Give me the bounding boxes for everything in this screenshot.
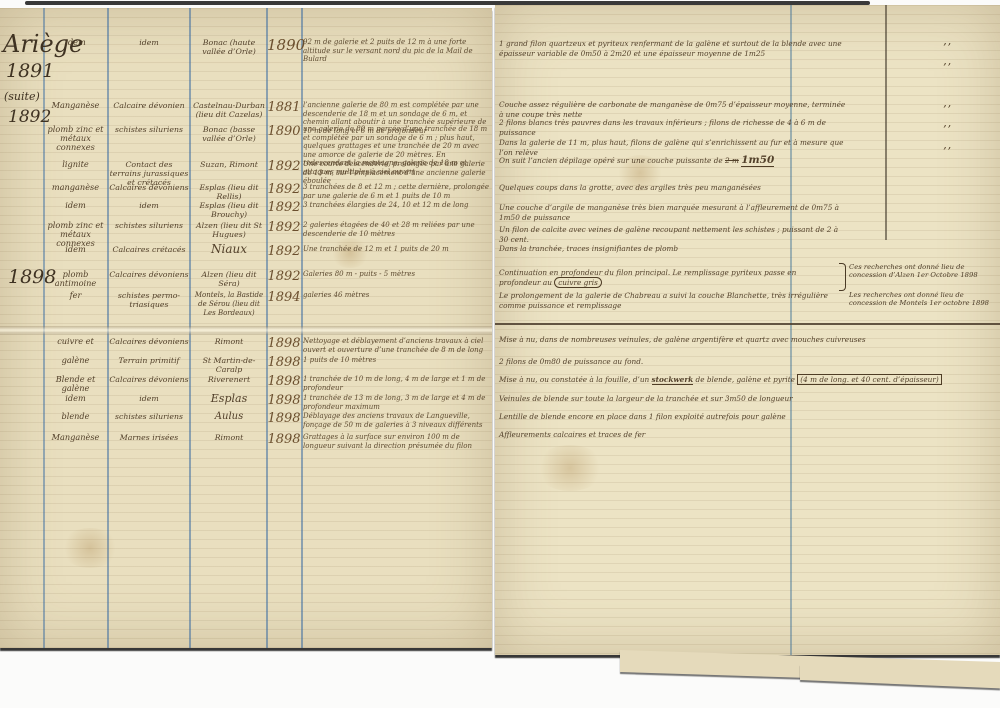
observation-text: 2 filons de 0m80 de puissance au fond. [499, 357, 643, 366]
row-date: 1898 [267, 394, 301, 407]
row-works: 1 tranchée de 10 m de long, 4 m de large… [303, 375, 489, 392]
row-substance: blende [44, 412, 107, 421]
ditto-mark: ’’ [943, 41, 952, 54]
observation-text: Lentille de blende encore en place dans … [499, 412, 786, 421]
observation-line: 2 filons de 0m80 de puissance au fond. [499, 357, 846, 367]
row-commune: Bonac (haute vallée d’Orle) [191, 38, 267, 56]
row-substance: idem [44, 245, 107, 254]
row-works: 3 tranchées élargies de 24, 10 et 12 m d… [303, 201, 489, 210]
fold-crease [0, 326, 492, 335]
row-commune: Suzan, Rimont [191, 160, 267, 169]
row-terrain: schistes siluriens [109, 412, 189, 421]
row-works: Une courte descenderie, prolongée par un… [303, 160, 489, 186]
row-commune: Bonac (basse vallée d’Orle) [191, 125, 267, 143]
row-works: galeries 46 mètres [303, 291, 489, 300]
row-terrain: Calcaires dévoniens [109, 337, 189, 346]
suite-label: (suite) [4, 90, 40, 103]
row-terrain: idem [109, 38, 189, 47]
row-date: 1898 [267, 356, 301, 369]
observation-text: Le prolongement de la galerie de Chabrea… [499, 291, 828, 310]
observation-line: On suit l’ancien dépilage opéré sur une … [499, 156, 846, 166]
row-substance: lignite [44, 160, 107, 169]
row-works: Nettoyage et déblayement d’anciens trava… [303, 337, 489, 354]
observation-line: Continuation en profondeur du filon prin… [499, 268, 835, 287]
observation-line: Affleurements calcaires et traces de fer [499, 430, 846, 440]
row-date: 1890 [267, 125, 301, 138]
observation-line: Quelques coups dans la grotte, avec des … [499, 183, 846, 193]
observation-line: Un filon de calcite avec veines de galèn… [499, 225, 846, 244]
row-date: 1892 [267, 201, 301, 214]
row-substance: Manganèse [44, 101, 107, 110]
row-date: 1892 [267, 270, 301, 283]
observation-text: Quelques coups dans la grotte, avec des … [499, 183, 761, 192]
observation-text: Affleurements calcaires et traces de fer [499, 430, 645, 439]
row-terrain: Terrain primitif [109, 356, 189, 365]
row-date: 1890 [267, 38, 301, 53]
page-right: 1 grand filon quartzeux et pyriteux renf… [495, 5, 1000, 655]
scanned-register-document: { "colors": { "paper_left": "#e9dfbf", "… [0, 0, 1000, 708]
row-works: 3 tranchées de 8 et 12 m ; cette dernièr… [303, 183, 489, 200]
observation-line: Lentille de blende encore en place dans … [499, 412, 846, 422]
observation-line: Le prolongement de la galerie de Chabrea… [499, 291, 835, 310]
row-terrain: Calcaires dévoniens [109, 270, 189, 279]
row-commune: Rimont [191, 433, 267, 442]
observation-line: 1 grand filon quartzeux et pyriteux renf… [499, 39, 846, 58]
row-works: 2 galeries étagées de 40 et 28 m reliées… [303, 221, 489, 238]
ditto-mark: ’’ [943, 103, 952, 116]
row-terrain: Calcaires crétacés [109, 245, 189, 254]
row-terrain: Calcaires dévoniens [109, 375, 189, 384]
row-date: 1892 [267, 245, 301, 258]
row-date: 1892 [267, 183, 301, 196]
year-label: 1891 [6, 60, 54, 82]
corrected-value: 1m50 [741, 154, 774, 167]
concession-note: Ces recherches ont donné lieu de concess… [849, 263, 989, 279]
row-substance: Blende et galène [44, 375, 107, 393]
concession-note: Les recherches ont donné lieu de concess… [849, 291, 989, 307]
observation-text: 2 filons blancs très pauvres dans les tr… [499, 118, 826, 137]
row-terrain: idem [109, 201, 189, 210]
row-substance: galène [44, 356, 107, 365]
row-terrain: idem [109, 394, 189, 403]
observation-text: Dans la galerie de 11 m, plus haut, filo… [499, 138, 843, 157]
row-commune: Esplas (lieu dit Rellis) [191, 183, 267, 201]
row-substance: plomb zinc et métaux connexes [44, 125, 107, 152]
ditto-mark: ’’ [943, 61, 952, 74]
row-terrain: schistes siluriens [109, 221, 189, 230]
row-works: 1 tranchée de 13 m de long, 3 m de large… [303, 394, 489, 411]
observation-text: On suit l’ancien dépilage opéré sur une … [499, 156, 725, 165]
circled-text: cuivre gris [554, 277, 602, 288]
paper-stain [535, 445, 605, 491]
observation-line: Dans la galerie de 11 m, plus haut, filo… [499, 138, 846, 157]
observation-line: Une couche d’argile de manganèse très bi… [499, 203, 846, 222]
row-substance: idem [44, 201, 107, 210]
row-commune: Niaux [191, 245, 267, 254]
row-commune: Castelnau-Durban (lieu dit Cazelas) [191, 101, 267, 119]
row-terrain: Marnes irisées [109, 433, 189, 442]
paper-stain [60, 528, 120, 568]
row-works: 1 puits de 10 mètres [303, 356, 489, 365]
observation-text: Continuation en profondeur du filon prin… [499, 268, 796, 287]
row-commune: Aulus [191, 412, 267, 421]
observation-text: Dans la tranchée, traces insignifiantes … [499, 244, 678, 253]
row-substance: idem [44, 394, 107, 403]
observation-line: Veinules de blende sur toute la largeur … [499, 394, 846, 404]
observation-line: Couche assez régulière de carbonate de m… [499, 100, 846, 119]
row-date: 1898 [267, 337, 301, 350]
row-substance: plomb antimoine [44, 270, 107, 288]
sheet-edge-line [885, 5, 887, 240]
row-substance: manganèse [44, 183, 107, 192]
observation-text: Couche assez régulière de carbonate de m… [499, 100, 845, 119]
observation-text: de blende, galène et pyrite [693, 375, 797, 384]
observation-text: Veinules de blende sur toute la largeur … [499, 394, 793, 403]
row-date: 1898 [267, 375, 301, 388]
row-works: Grattages à la surface sur environ 100 m… [303, 433, 489, 450]
row-substance: idem [44, 38, 107, 47]
brace-mark [839, 263, 846, 291]
row-commune: St Martin-de-Caralp [191, 356, 267, 374]
observation-text: Mise à nu, dans de nombreuses veinules, … [499, 335, 866, 344]
observation-line: 2 filons blancs très pauvres dans les tr… [499, 118, 846, 137]
boxed-text: (4 m de long. et 40 cent. d’épaisseur) [797, 374, 941, 385]
observation-line: Mise à nu, dans de nombreuses veinules, … [499, 335, 899, 345]
row-works: Une tranchée de 12 m et 1 puits de 20 m [303, 245, 489, 254]
page-left: Ariège 1891 (suite) 1892 1898 idem idem … [0, 8, 492, 648]
row-terrain: schistes siluriens [109, 125, 189, 134]
row-works: 92 m de galerie et 2 puits de 12 m à une… [303, 38, 489, 64]
row-terrain: schistes permo-triasiques [109, 291, 189, 309]
observation-text: Une couche d’argile de manganèse très bi… [499, 203, 839, 222]
row-commune: Riverenert [191, 375, 267, 384]
row-date: 1881 [267, 101, 301, 114]
row-commune: Alzen (lieu dit St Hugues) [191, 221, 267, 239]
row-terrain: Calcaires dévoniens [109, 183, 189, 192]
observation-text: 1 grand filon quartzeux et pyriteux renf… [499, 39, 842, 58]
row-commune: Alzen (lieu dit Séra) [191, 270, 267, 288]
observation-line: Mise à nu, ou constatée à la fouille, d’… [499, 375, 999, 385]
row-date: 1892 [267, 221, 301, 234]
row-terrain: Calcaire dévonien [109, 101, 189, 110]
year-label: 1892 [8, 107, 51, 127]
row-date: 1898 [267, 433, 301, 446]
row-commune: Esplas (lieu dit Brouchy) [191, 201, 267, 219]
row-commune: Esplas [191, 394, 267, 403]
row-commune: Montels, la Bastide de Sérou (lieu dit L… [191, 291, 267, 318]
underlined-text: stockwerk [652, 375, 694, 385]
section-rule [495, 323, 1000, 325]
row-substance: Manganèse [44, 433, 107, 442]
row-date: 1894 [267, 291, 301, 304]
observation-text: Un filon de calcite avec veines de galèn… [499, 225, 838, 244]
ditto-mark: ’’ [943, 145, 952, 158]
observation-text: Mise à nu, ou constatée à la fouille, d’… [499, 375, 652, 384]
row-works: Galeries 80 m - puits - 5 mètres [303, 270, 489, 279]
row-works: Déblayage des anciens travaux de Languev… [303, 412, 489, 429]
ditto-mark: ’’ [943, 123, 952, 136]
row-date: 1892 [267, 160, 301, 173]
observation-line: Dans la tranchée, traces insignifiantes … [499, 244, 846, 254]
struck-text: 2 m [725, 156, 739, 165]
row-commune: Rimont [191, 337, 267, 346]
row-substance: cuivre et [44, 337, 107, 346]
row-date: 1898 [267, 412, 301, 425]
row-substance: fer [44, 291, 107, 300]
